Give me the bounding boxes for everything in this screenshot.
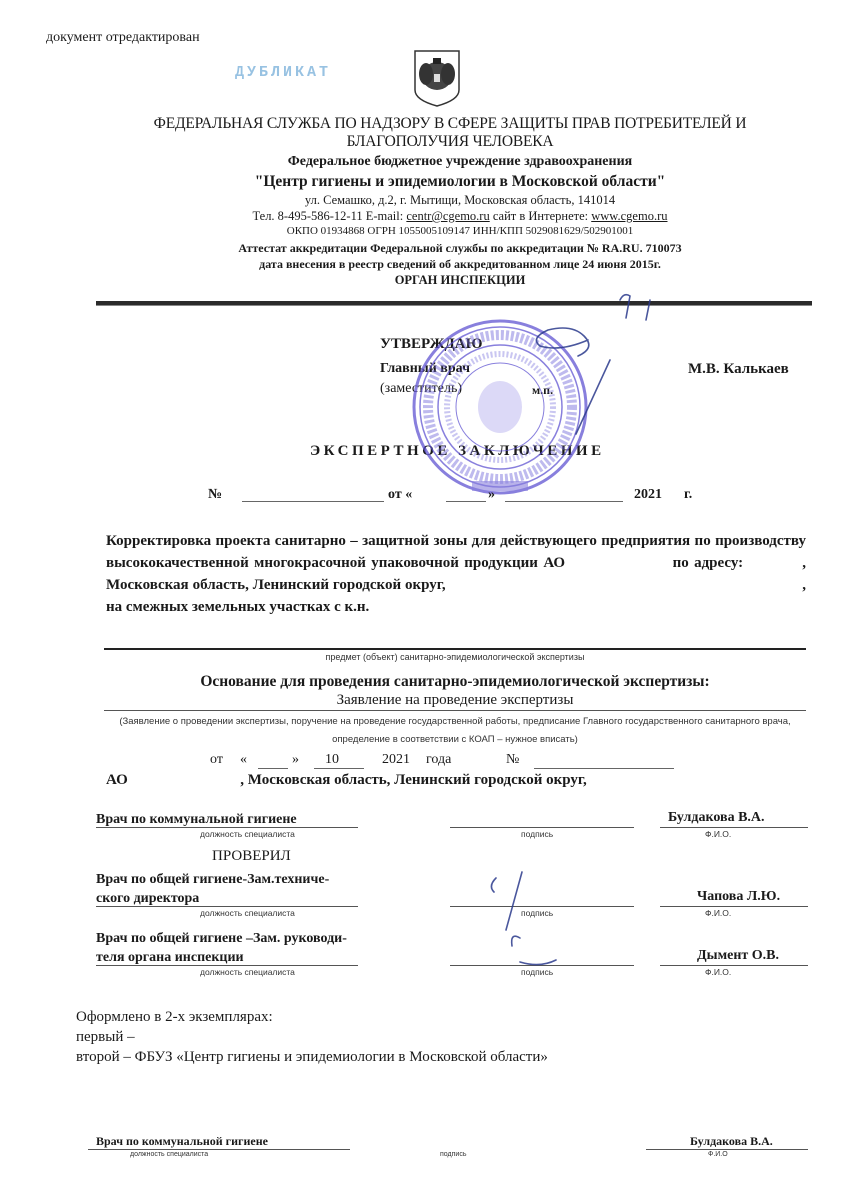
signer-3-role-line (96, 965, 358, 966)
applicant-row: АО , Московская область, Ленинский город… (106, 772, 587, 789)
accreditation: Аттестат аккредитации Федеральной службы… (100, 241, 820, 256)
from-label: от (210, 752, 223, 768)
footer-signer-role: Врач по коммунальной гигиене (96, 1134, 268, 1149)
phone-text: Тел. 8-495-586-12-11 E-mail: (252, 209, 406, 223)
signer-1-role-caption: должность специалиста (200, 829, 295, 839)
signer-3-role-line1: Врач по общей гигиене –Зам. руководи- (96, 929, 347, 949)
checked-label: ПРОВЕРИЛ (212, 848, 291, 865)
copies-title: Оформлено в 2-х экземплярах: (76, 1007, 548, 1027)
year-suffix: г. (684, 487, 692, 503)
signer-1-role-line (96, 827, 358, 828)
open-quote: « (240, 752, 247, 768)
signer-1-sign-caption: подпись (521, 829, 553, 839)
application-number-field[interactable] (534, 768, 674, 769)
close-quote: » (292, 752, 299, 768)
basis-title: Основание для проведения санитарно-эпиде… (104, 673, 806, 691)
signer-3-sign-caption: подпись (521, 967, 553, 977)
signer-2-role-line (96, 906, 358, 907)
expertise-subject: Корректировка проекта санитарно – защитн… (106, 530, 806, 618)
inspection-body: ОРГАН ИНСПЕКЦИИ (100, 273, 820, 288)
basis-hint: (Заявление о проведении экспертизы, пору… (104, 713, 806, 749)
org-type: Федеральное бюджетное учреждение здравоо… (100, 154, 820, 170)
year-value: 2021 (634, 487, 662, 503)
site-link[interactable]: www.cgemo.ru (591, 209, 667, 223)
day-field[interactable] (446, 501, 486, 502)
header-divider (96, 301, 812, 306)
copy-second: второй – ФБУЗ «Центр гигиены и эпидемиол… (76, 1047, 548, 1067)
basis-rule (104, 710, 806, 711)
signer-1-name-line (660, 827, 808, 828)
signer-3-name-line (660, 965, 808, 966)
signer-2-role-line1: Врач по общей гигиене-Зам.техниче- (96, 870, 329, 890)
org-codes: ОКПО 01934868 ОГРН 1055005109147 ИНН/КПП… (100, 225, 820, 237)
subject-caption: предмет (объект) санитарно-эпидемиологич… (104, 652, 806, 662)
signer-1-sign-line[interactable] (450, 827, 634, 828)
signer-3-sign-line[interactable] (450, 965, 634, 966)
signer-3-name: Дымент О.В. (697, 948, 779, 964)
close-quote: » (488, 487, 495, 503)
number-field[interactable] (242, 501, 384, 502)
footer-name-line (646, 1149, 808, 1150)
from-label: от « (388, 487, 412, 503)
signer-2-sign-line[interactable] (450, 906, 634, 907)
agency-name: ФЕДЕРАЛЬНАЯ СЛУЖБА ПО НАДЗОРУ В СФЕРЕ ЗА… (100, 115, 800, 151)
year-word: года (426, 752, 451, 768)
signer-1-name-caption: Ф.И.О. (705, 829, 731, 839)
org-address: ул. Семашко, д.2, г. Мытищи, Московская … (100, 193, 820, 208)
signer-2-name: Чапова Л.Ю. (697, 889, 780, 905)
number-label: № (208, 487, 222, 503)
day-field[interactable] (258, 768, 288, 769)
copy-first: первый – (76, 1027, 548, 1047)
official-stamp-icon (410, 317, 590, 497)
signer-3-role-caption: должность специалиста (200, 967, 295, 977)
basis-value: Заявление на проведение экспертизы (104, 692, 806, 709)
edited-note: документ отредактирован (46, 30, 200, 46)
year-value: 2021 (382, 752, 410, 768)
copies-block: Оформлено в 2-х экземплярах: первый – вт… (76, 1007, 548, 1067)
footer-name-caption: Ф.И.О (708, 1151, 728, 1158)
signer-2-sign-caption: подпись (521, 908, 553, 918)
email-link[interactable]: centr@cgemo.ru (406, 209, 489, 223)
signer-2-name-caption: Ф.И.О. (705, 908, 731, 918)
signer-2-name-line (660, 906, 808, 907)
footer-role-line (88, 1149, 350, 1150)
footer-signer-name: Булдакова В.А. (690, 1134, 773, 1149)
month-field[interactable] (505, 501, 623, 502)
number-row: № от « » 2021 г. (208, 487, 768, 509)
duplicate-stamp: ДУБЛИКАТ (235, 64, 331, 81)
site-label: сайт в Интернете: (490, 209, 592, 223)
registry-date: дата внесения в реестр сведений об аккре… (100, 257, 820, 272)
signer-2-role-caption: должность специалиста (200, 908, 295, 918)
approver-name: М.В. Калькаев (688, 361, 789, 378)
org-name: "Центр гигиены и эпидемиологии в Московс… (100, 173, 820, 191)
org-contacts: Тел. 8-495-586-12-11 E-mail: centr@cgemo… (100, 209, 820, 224)
number-label: № (506, 752, 519, 768)
footer-role-caption: должность специалиста (130, 1151, 208, 1158)
subject-rule (104, 648, 806, 650)
coat-of-arms-icon (412, 48, 462, 108)
month-value[interactable]: 10 (325, 752, 339, 768)
signer-1-name: Булдакова В.А. (668, 810, 765, 826)
month-underline (314, 768, 364, 769)
signer-3-name-caption: Ф.И.О. (705, 967, 731, 977)
footer-sign-caption: подпись (440, 1151, 466, 1158)
application-date-row: от « » 10 2021 года № (210, 752, 770, 774)
